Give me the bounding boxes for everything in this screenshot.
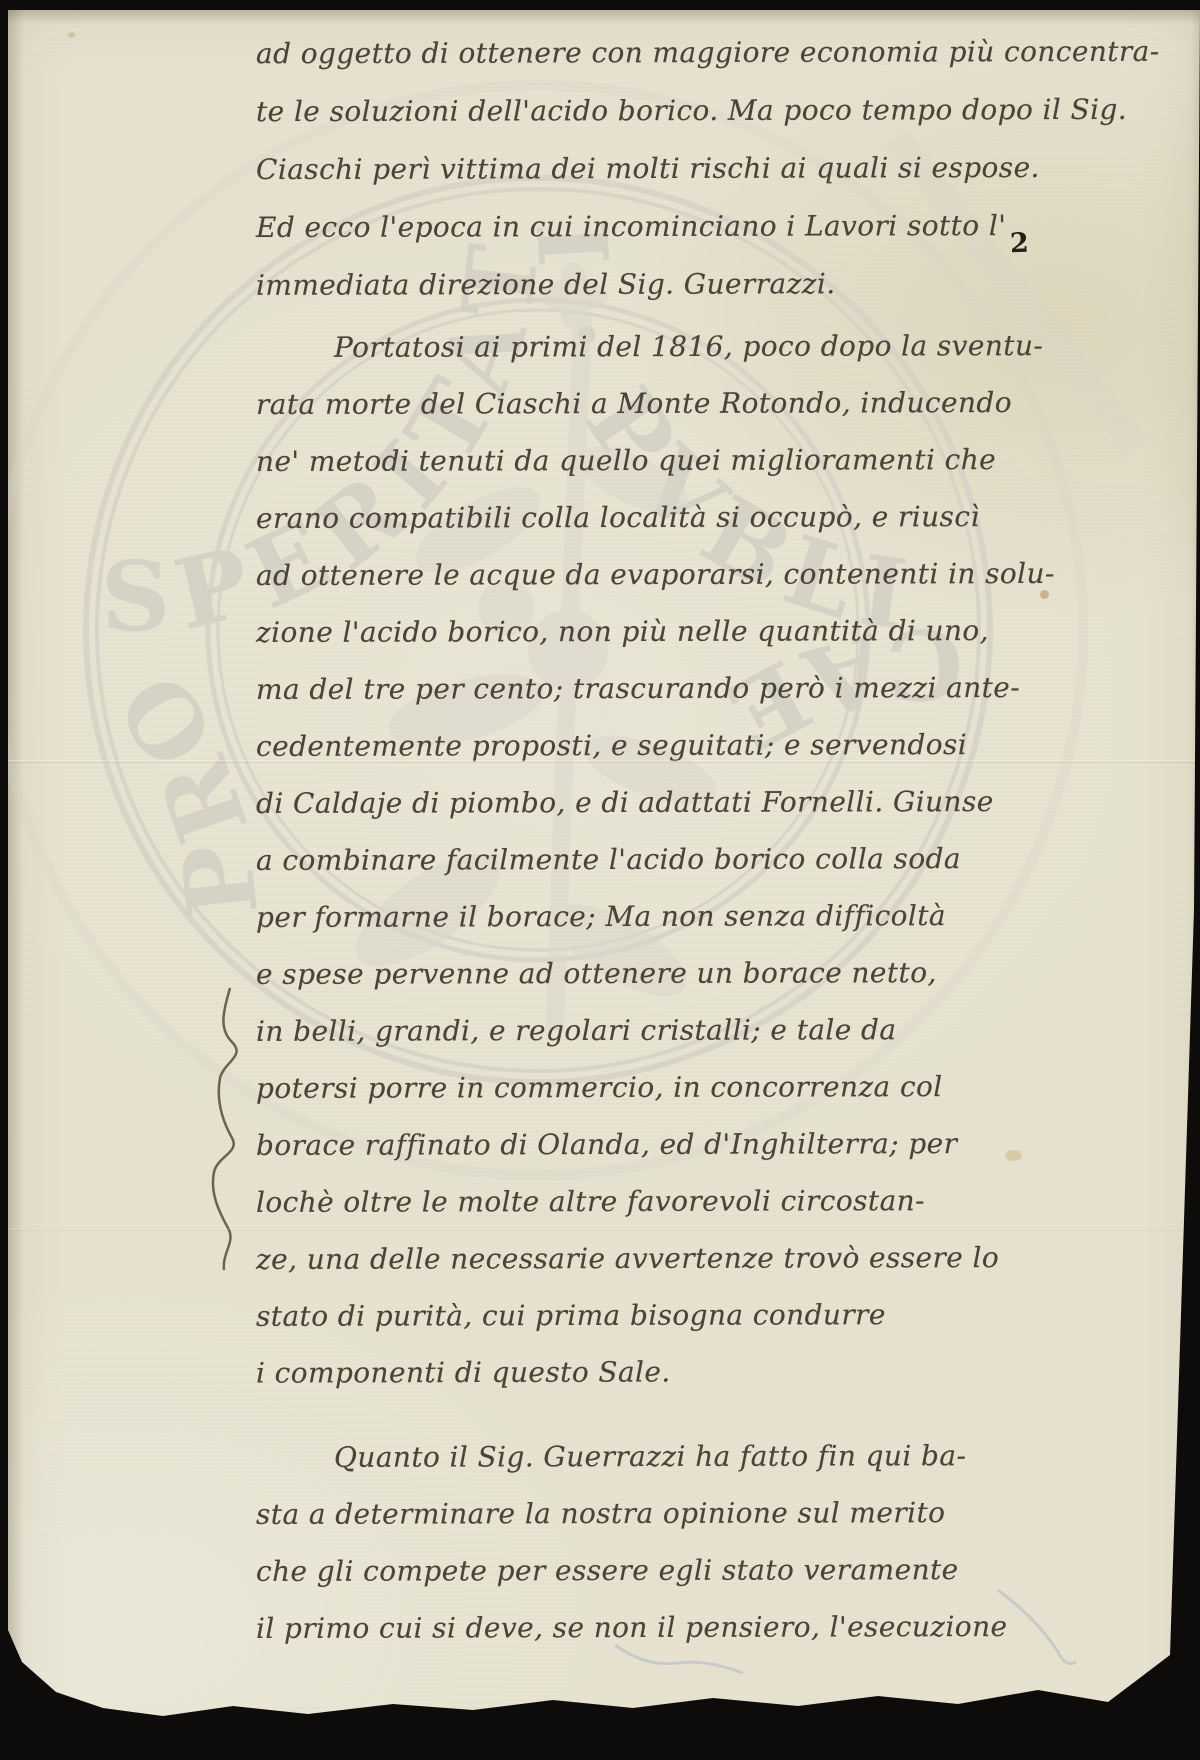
ink-stain: [1040, 590, 1049, 599]
manuscript-line: i componenti di questo Sale.: [256, 1355, 671, 1389]
manuscript-line: stato di purità, cui prima bisogna condu…: [256, 1298, 886, 1333]
manuscript-line: cedentemente proposti, e seguitati; e se…: [256, 728, 967, 763]
manuscript-line: borace raffinato di Olanda, ed d'Inghilt…: [256, 1127, 958, 1162]
manuscript-line: e spese pervenne ad ottenere un borace n…: [256, 956, 937, 991]
page-number: 2: [1009, 228, 1029, 260]
ink-stain: [68, 32, 75, 38]
manuscript-line: ad ottenere le acque da evaporarsi, cont…: [256, 557, 1055, 592]
manuscript-line: a combinare facilmente l'acido borico co…: [256, 842, 961, 877]
manuscript-line: lochè oltre le molte altre favorevoli ci…: [256, 1184, 925, 1219]
manuscript-line: erano compatibili colla località si occu…: [256, 500, 980, 535]
manuscript-line: di Caldaje di piombo, e di adattati Forn…: [256, 785, 994, 820]
manuscript-line: ad oggetto di ottenere con maggiore econ…: [256, 35, 1160, 70]
manuscript-line: zione l'acido borico, non più nelle quan…: [256, 614, 989, 649]
manuscript-line: Portatosi ai primi del 1816, poco dopo l…: [334, 329, 1043, 364]
document-page: PROSPERITATI · PVBLICAE ad oggetto di ot…: [8, 10, 1200, 1760]
manuscript-line: ne' metodi tenuti da quello quei miglior…: [256, 443, 996, 478]
manuscript-line: sta a determinare la nostra opinione sul…: [256, 1496, 945, 1531]
fold-crease: [8, 1228, 1200, 1231]
manuscript-line: immediata direzione del Sig. Guerrazzi.: [256, 267, 836, 302]
manuscript-line: potersi porre in commercio, in concorren…: [256, 1070, 943, 1105]
scan-background: { "document": { "page_number": "2", "par…: [0, 0, 1200, 1760]
margin-emphasis-mark: [213, 988, 237, 1270]
manuscript-line: ma del tre per cento; trascurando però i…: [256, 671, 1020, 706]
manuscript-line: che gli compete per essere egli stato ve…: [256, 1553, 959, 1588]
manuscript-line: Quanto il Sig. Guerrazzi ha fatto fin qu…: [334, 1439, 966, 1474]
manuscript-line: in belli, grandi, e regolari cristalli; …: [256, 1013, 897, 1048]
manuscript-line: il primo cui si deve, se non il pensiero…: [256, 1610, 1008, 1645]
manuscript-line: per formarne il borace; Ma non senza dif…: [256, 899, 946, 934]
ink-stain: [1005, 1150, 1022, 1161]
manuscript-line: Ed ecco l'epoca in cui incominciano i La…: [256, 209, 1006, 244]
manuscript-line: Ciaschi perì vittima dei molti rischi ai…: [256, 151, 1040, 186]
manuscript-line: ze, una delle necessarie avvertenze trov…: [256, 1241, 999, 1276]
manuscript-line: rata morte del Ciaschi a Monte Rotondo, …: [256, 386, 1012, 421]
manuscript-line: te le soluzioni dell'acido borico. Ma po…: [256, 93, 1127, 128]
